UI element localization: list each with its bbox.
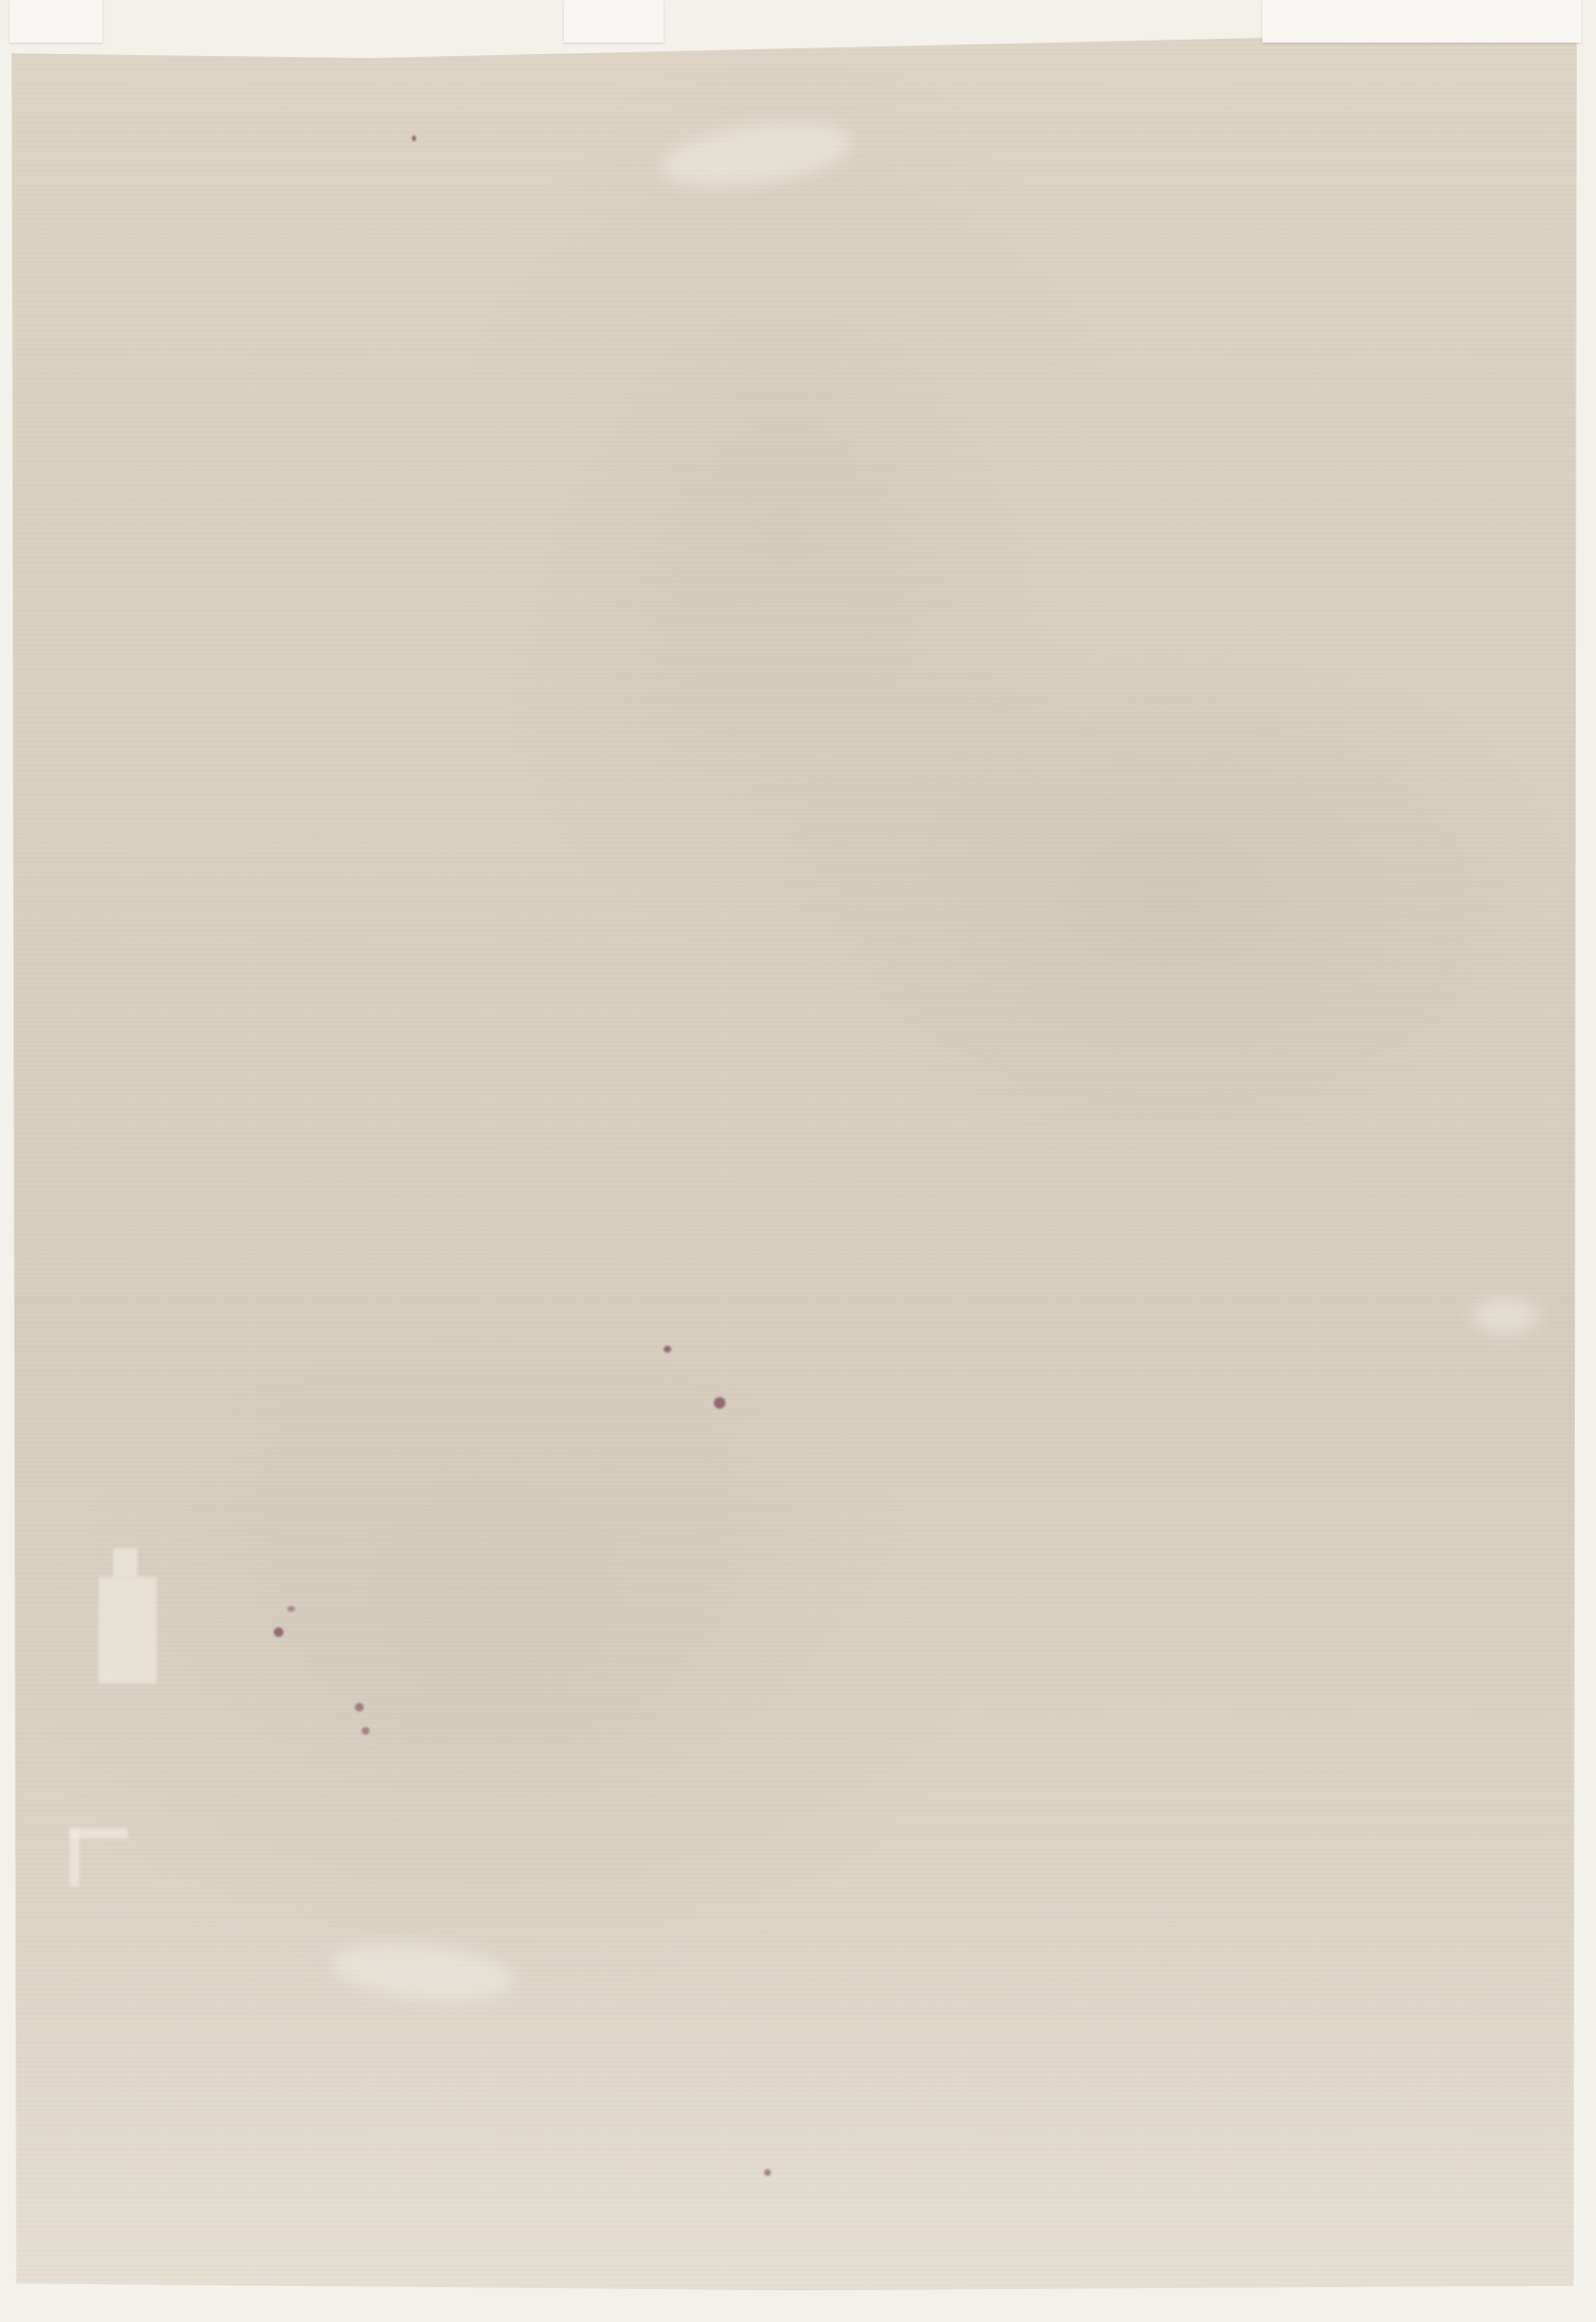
ink-spot (274, 1627, 283, 1637)
ink-spot (764, 2169, 771, 2176)
ink-spot (412, 135, 416, 141)
ink-spot (287, 1606, 295, 1612)
tape-strip-center (564, 0, 664, 43)
ink-spot (362, 1727, 369, 1735)
paper-fiber-texture (12, 19, 1577, 2295)
paper-sheet (12, 19, 1577, 2295)
ink-spot (664, 1346, 671, 1353)
tape-remnant-left-2 (113, 1548, 137, 1577)
ink-spot (355, 1703, 364, 1712)
ink-spot (714, 1397, 725, 1409)
tape-strip-right (1262, 0, 1581, 43)
tape-strip-left (10, 0, 103, 43)
tape-remnant-corner-2 (70, 1829, 79, 1887)
paper-crease-right (1472, 1296, 1540, 1335)
tape-remnant-left (99, 1577, 157, 1683)
